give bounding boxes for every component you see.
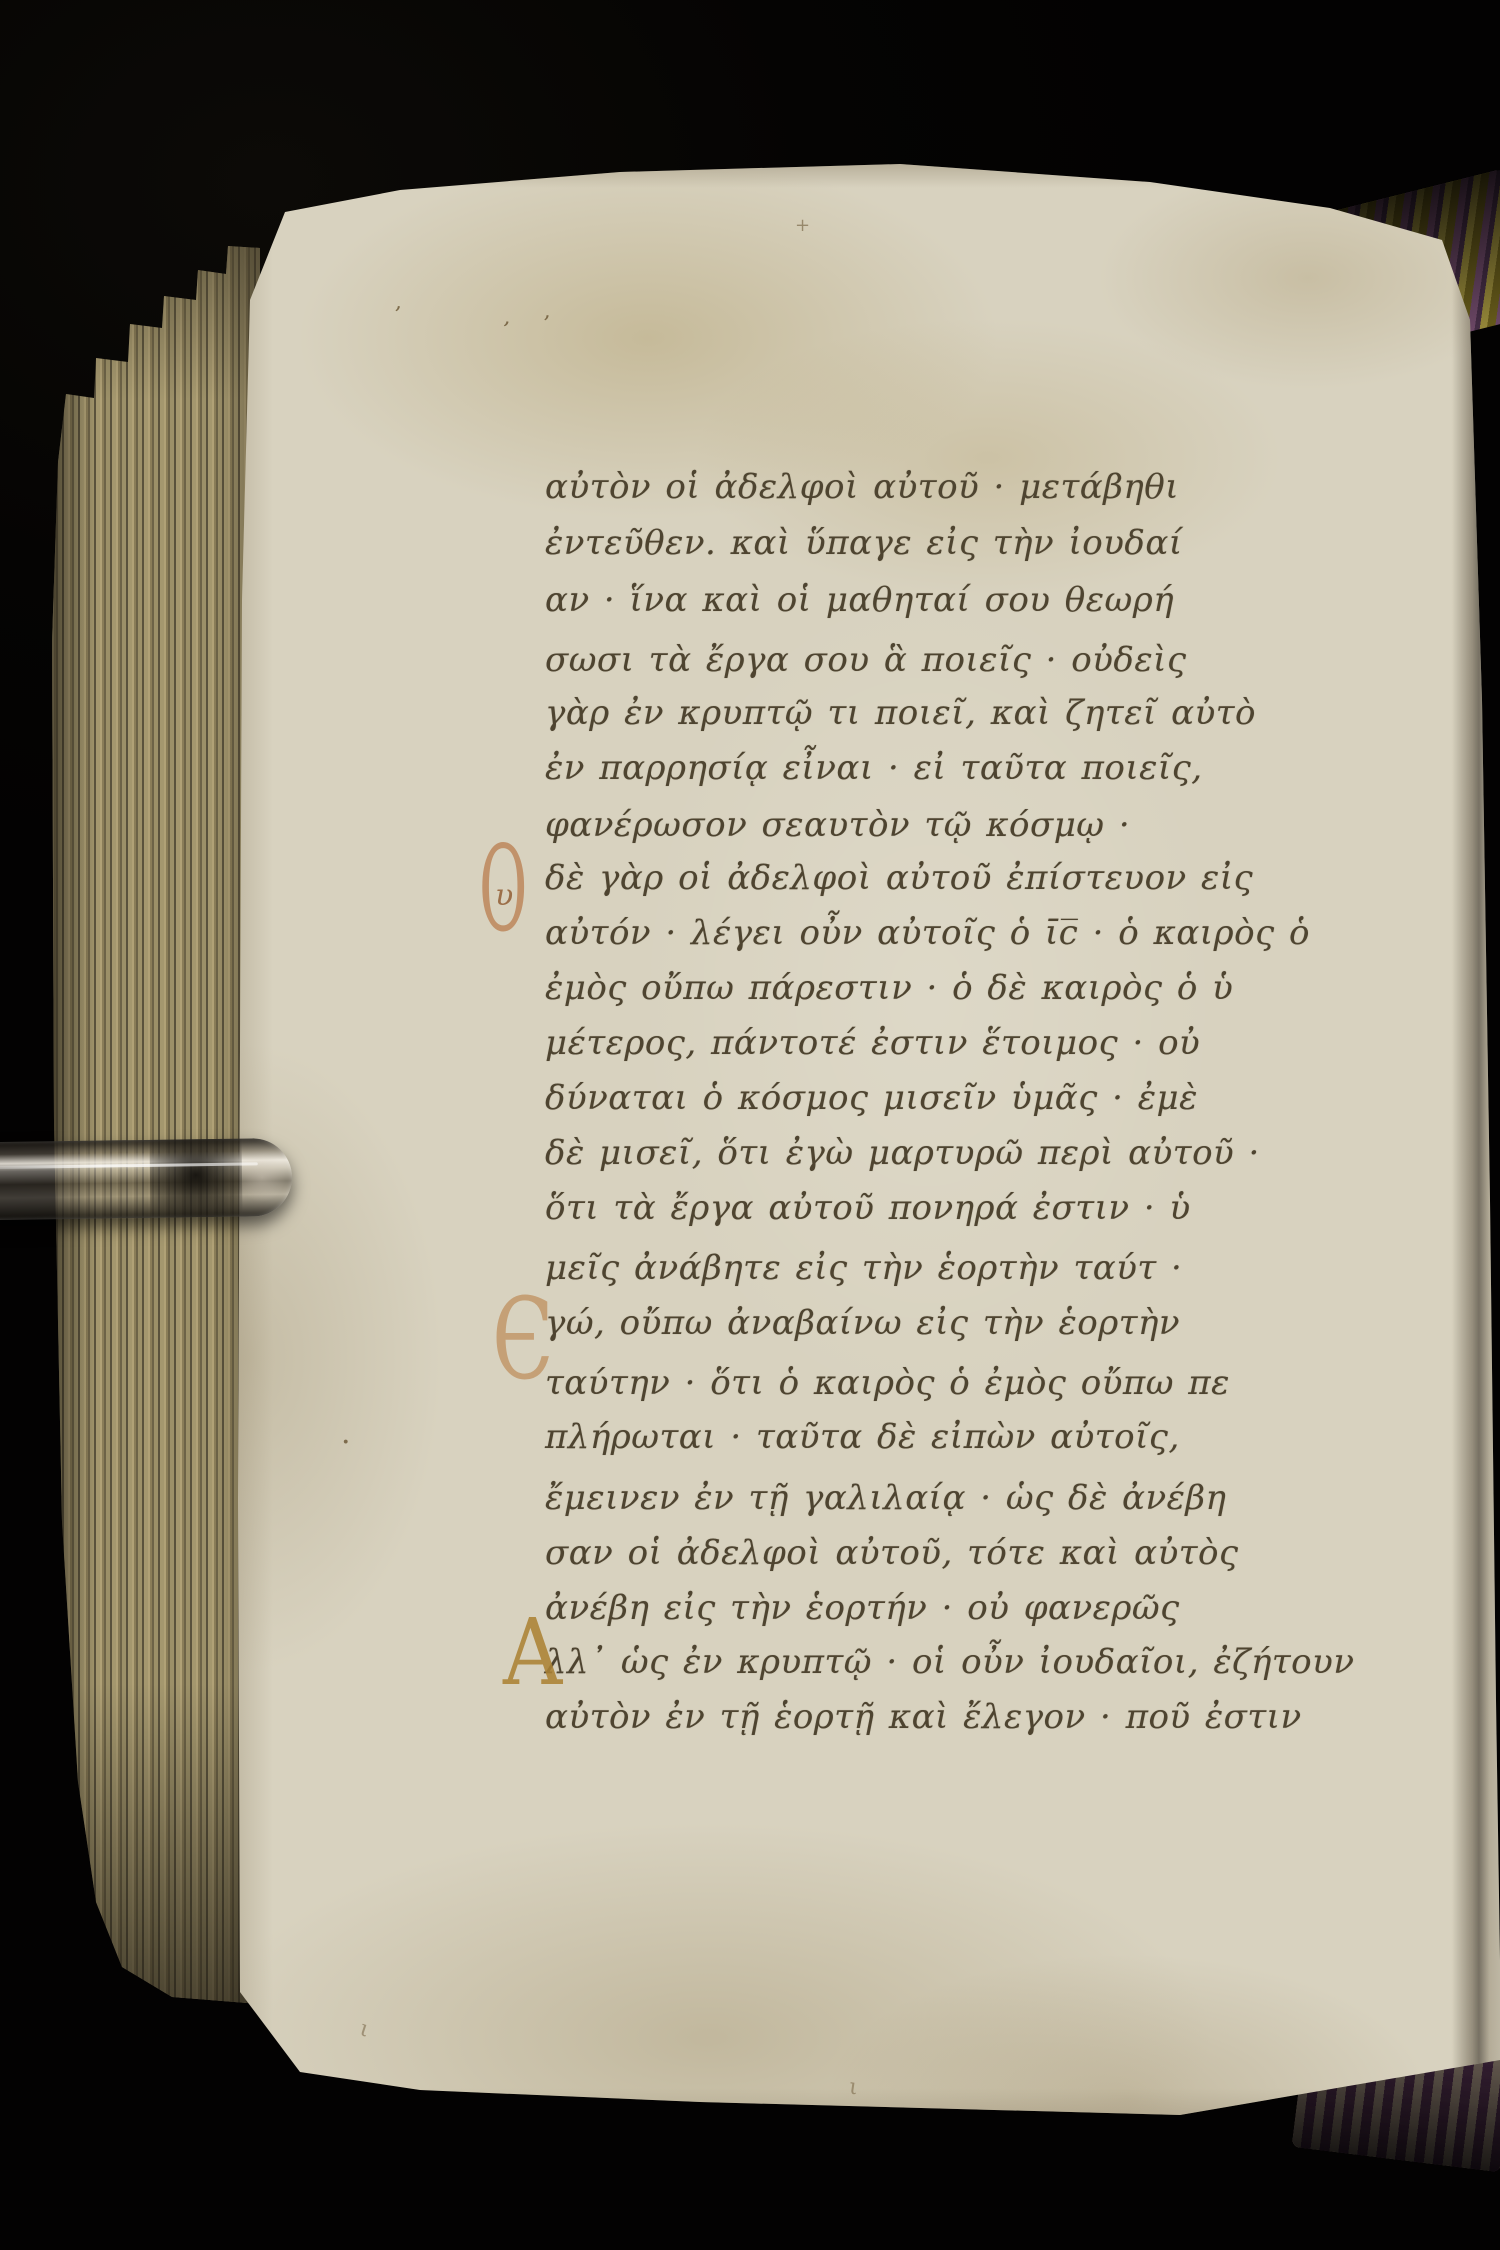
rod-tip-highlight (238, 1152, 287, 1203)
glass-page-weight-rod[interactable] (0, 1138, 293, 1220)
text-line: πλήρωται · ταῦτα δὲ εἰπὼν αὐτοῖς, (545, 1409, 1445, 1465)
text-line: δὲ γὰρ οἱ ἀδελφοὶ αὐτοῦ ἐπίστευον εἰς (545, 850, 1445, 906)
text-line: ἐντεῦθεν. καὶ ὕπαγε εἰς τὴν ἰουδαί (545, 515, 1445, 571)
text-line: αν · ἵνα καὶ οἱ μαθηταί σου θεωρή (545, 572, 1445, 628)
rod-dark-reflection (149, 1139, 242, 1218)
text-line: αὐτὸν ἐν τῇ ἑορτῇ καὶ ἔλεγον · ποῦ ἐστιν (545, 1689, 1445, 1745)
text-line: ἔμεινεν ἐν τῇ γαλιλαίᾳ · ὡς δὲ ἀνέβη (545, 1470, 1445, 1526)
margin-dot-mark: · (341, 1433, 351, 1453)
text-line: ἐμὸς οὔπω πάρεστιν · ὁ δὲ καιρὸς ὁ ὑ (545, 960, 1445, 1016)
text-line: φανέρωσον σεαυτὸν τῷ κόσμῳ · (545, 797, 1445, 853)
text-line: σαν οἱ ἀδελφοὶ αὐτοῦ, τότε καὶ αὐτὸς (545, 1525, 1445, 1581)
text-line: μέτερος, πάντοτέ ἐστιν ἕτοιμος · οὐ (545, 1015, 1445, 1071)
text-line: ὅτι τὰ ἔργα αὐτοῦ πονηρά ἐστιν · ὑ (545, 1180, 1445, 1236)
text-line: ταύτην · ὅτι ὁ καιρὸς ὁ ἐμὸς οὔπω πε (545, 1355, 1445, 1411)
text-line: μεῖς ἀνάβητε εἰς τὴν ἑορτὴν ταύτ · (545, 1240, 1445, 1296)
text-line: γώ, οὔπω ἀναβαίνω εἰς τὴν ἑορτὴν (545, 1295, 1445, 1351)
text-line: δύναται ὁ κόσμος μισεῖν ὑμᾶς · ἐμὲ (545, 1070, 1445, 1126)
text-line: αὐτόν · λέγει οὖν αὐτοῖς ὁ ῑϲ̅ · ὁ καιρὸ… (545, 905, 1445, 961)
gutter-crease (1452, 198, 1500, 2078)
text-line: ἀνέβη εἰς τὴν ἑορτήν · οὐ φανερῶς (545, 1580, 1445, 1636)
text-line: λλ᾽ ὡς ἐν κρυπτῷ · οἱ οὖν ἰουδαῖοι, ἐζήτ… (545, 1634, 1445, 1690)
text-line: γὰρ ἐν κρυπτῷ τι ποιεῖ, καὶ ζητεῖ αὐτὸ (545, 685, 1445, 741)
manuscript-photo: αὐτὸν οἱ ἀδελφοὶ αὐτοῦ · μετάβηθι ἐντεῦθ… (0, 0, 1500, 2250)
text-line: δὲ μισεῖ, ὅτι ἐγὼ μαρτυρῶ περὶ αὐτοῦ · (545, 1125, 1445, 1181)
book-page-edge-stack (52, 222, 260, 2004)
parchment-page: αὐτὸν οἱ ἀδελφοὶ αὐτοῦ · μετάβηθι ἐντεῦθ… (228, 158, 1500, 2158)
text-line: αὐτὸν οἱ ἀδελφοὶ αὐτοῦ · μετάβηθι (545, 459, 1445, 515)
greek-text-block: αὐτὸν οἱ ἀδελφοὶ αὐτοῦ · μετάβηθι ἐντεῦθ… (545, 158, 1445, 2158)
top-edge-cross-mark: + (795, 216, 810, 236)
text-line: ἐν παρρησίᾳ εἶναι · εἰ ταῦτα ποιεῖς, (545, 740, 1445, 796)
text-line: σωσι τὰ ἔργα σου ἃ ποιεῖς · οὐδεὶς (545, 632, 1445, 688)
